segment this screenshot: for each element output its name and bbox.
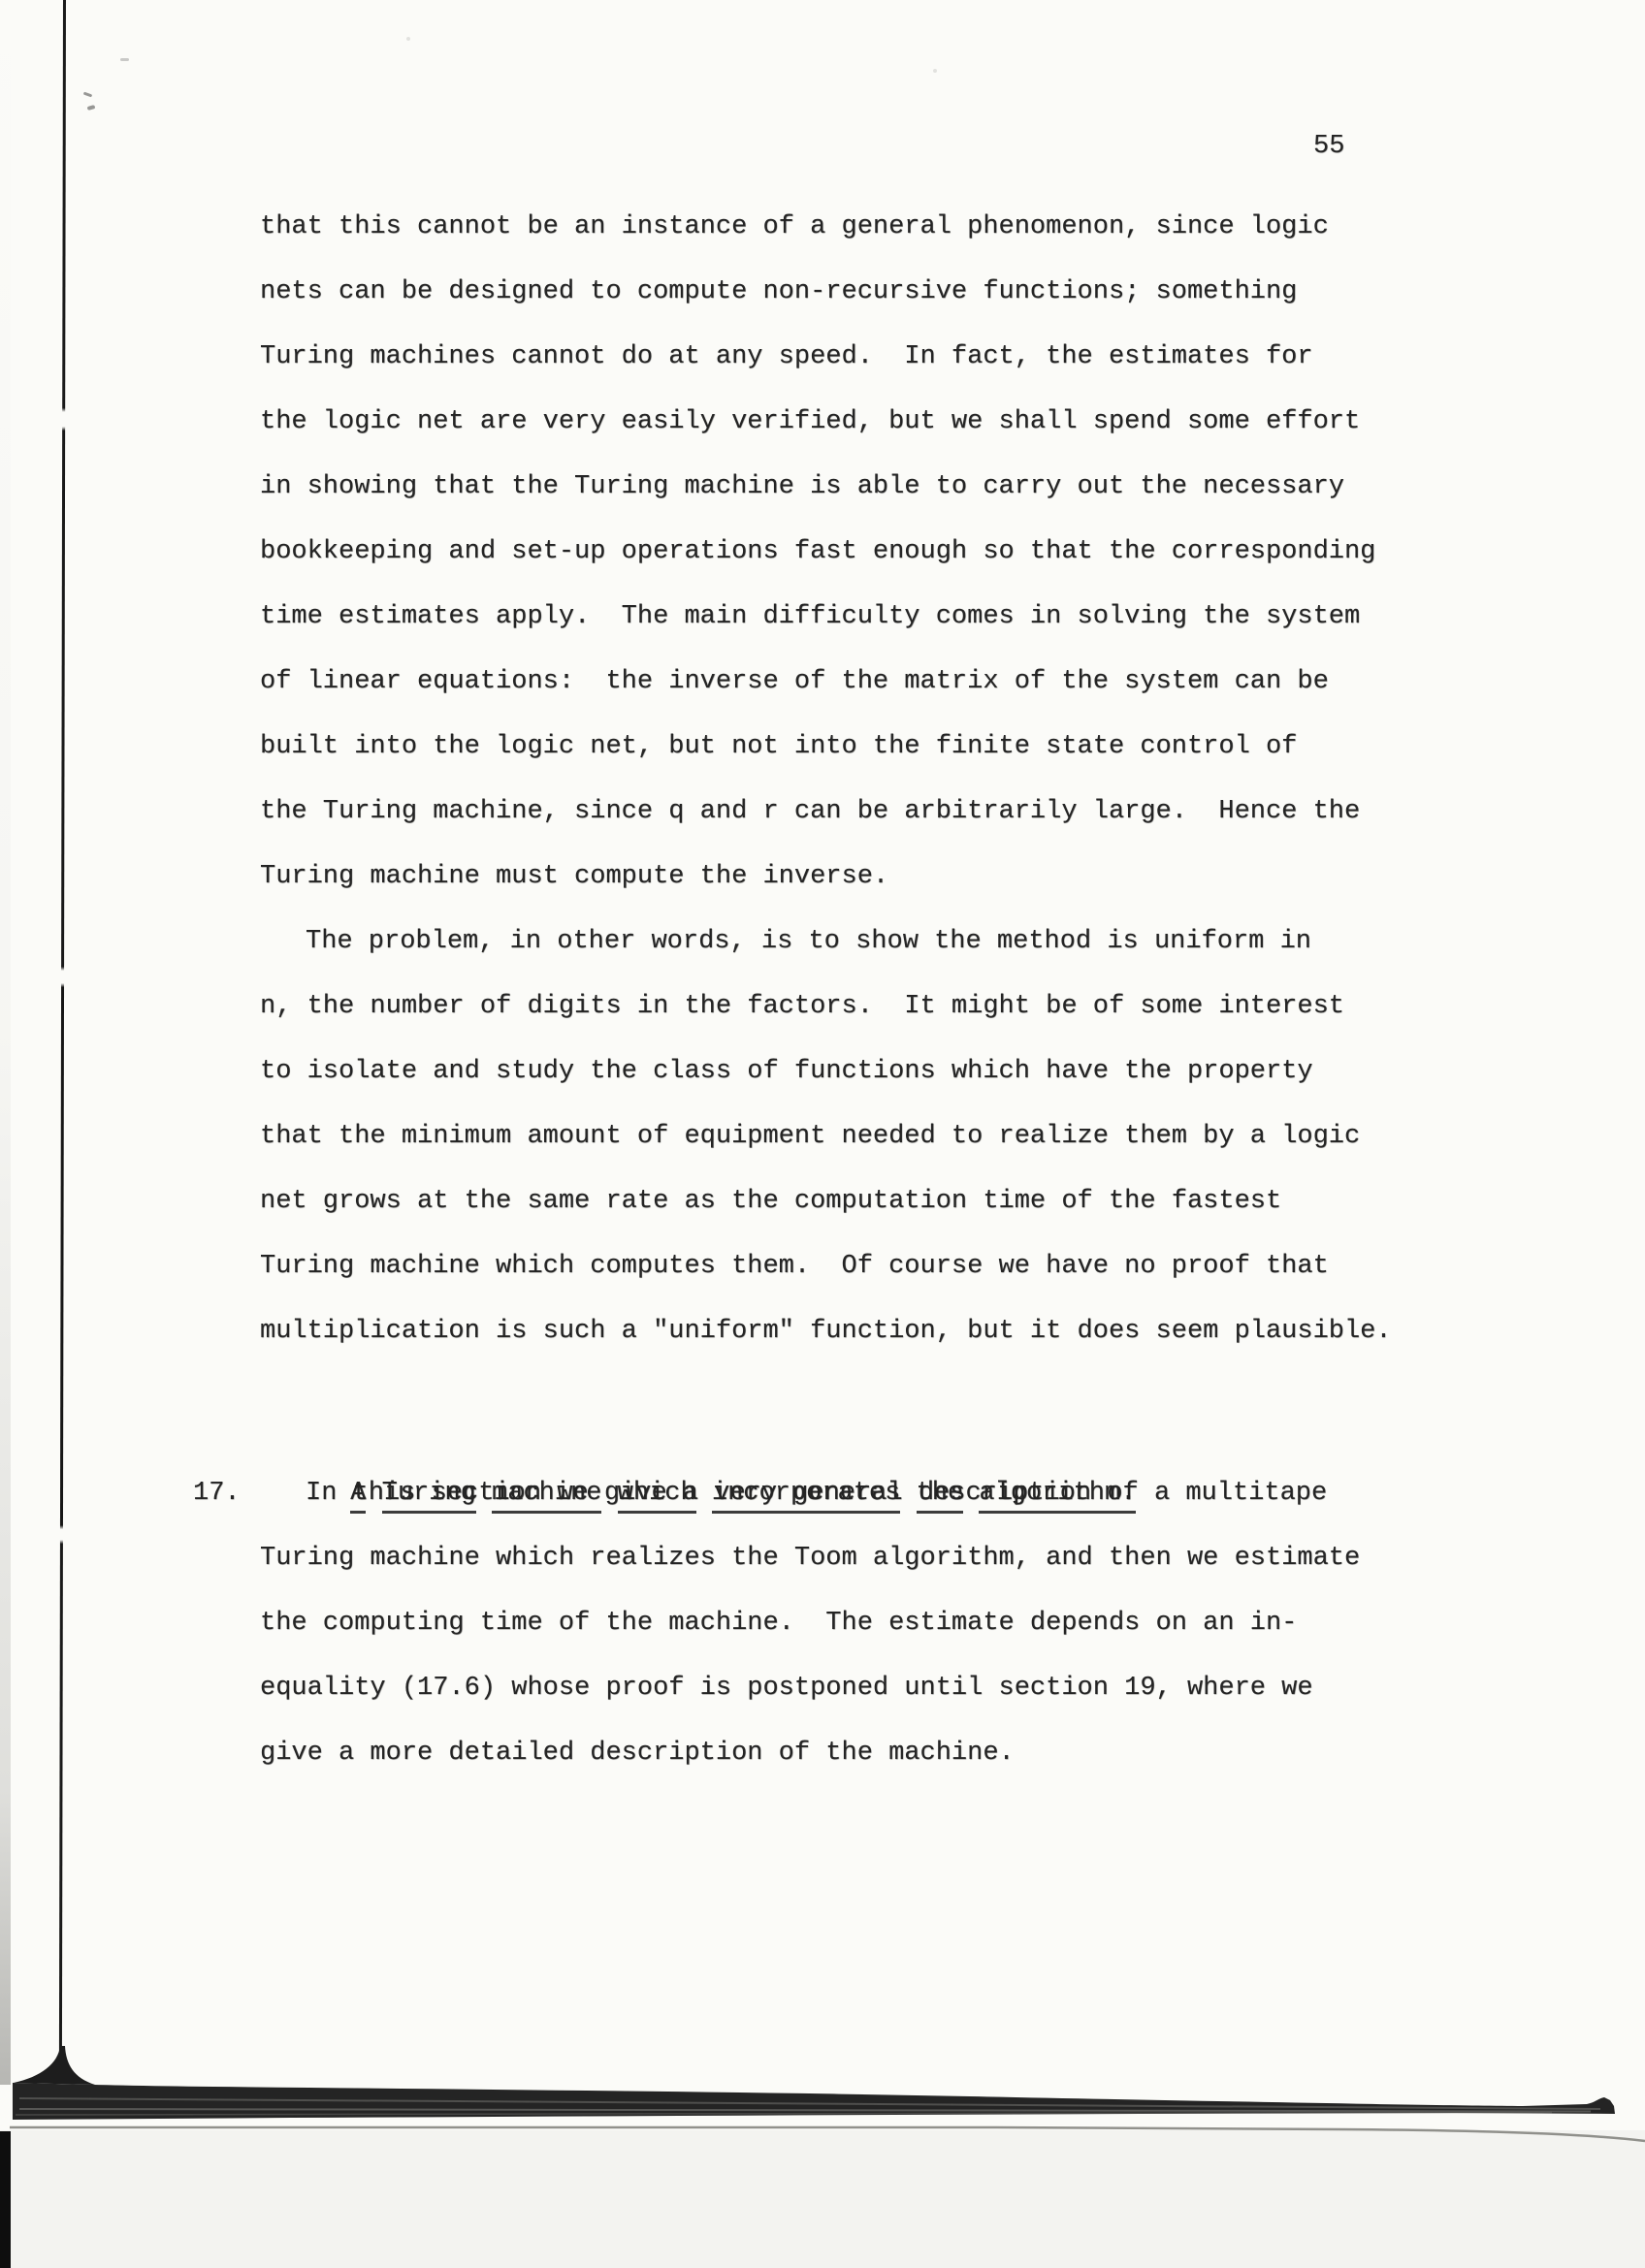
text-line: nets can be designed to compute non-recu…	[0, 260, 1645, 325]
section-title: A Turing machine which incorporates the …	[350, 1461, 1136, 1526]
section-heading-line: 17.A Turing machine which incorporates t…	[0, 1396, 1645, 1461]
scan-speck	[406, 37, 410, 41]
scan-bottom-edge	[0, 2017, 1645, 2268]
text-line: equality (17.6) whose proof is postponed…	[0, 1656, 1645, 1721]
text-line: that this cannot be an instance of a gen…	[0, 195, 1645, 260]
section-number: 17.	[193, 1461, 241, 1526]
text-line: Turing machine which realizes the Toom a…	[0, 1526, 1645, 1591]
text-line: time estimates apply. The main difficult…	[0, 585, 1645, 650]
text-line: bookkeeping and set-up operations fast e…	[0, 520, 1645, 585]
crease-funnel	[14, 2046, 95, 2085]
text-line: in showing that the Turing machine is ab…	[0, 455, 1645, 520]
text-line: The problem, in other words, is to show …	[0, 910, 1645, 974]
paragraph-2: The problem, in other words, is to show …	[0, 910, 1645, 1364]
text-line: to isolate and study the class of functi…	[0, 1039, 1645, 1104]
text-line: the logic net are very easily verified, …	[0, 390, 1645, 455]
text-line: multiplication is such a "uniform" funct…	[0, 1299, 1645, 1364]
text-line: Turing machine must compute the inverse.	[0, 845, 1645, 910]
text-line: built into the logic net, but not into t…	[0, 715, 1645, 780]
text-line: net grows at the same rate as the comput…	[0, 1169, 1645, 1234]
text-line: Turing machines cannot do at any speed. …	[0, 325, 1645, 390]
text-line: the computing time of the machine. The e…	[0, 1591, 1645, 1656]
scanner-bed-strip	[0, 2130, 1645, 2268]
underlined-word: which	[618, 1479, 696, 1514]
scan-speck	[83, 92, 92, 98]
underlined-word: incorporates	[712, 1479, 900, 1514]
text-line: the Turing machine, since q and r can be…	[0, 780, 1645, 845]
scan-speck	[933, 69, 937, 73]
underlined-word: A	[350, 1479, 366, 1514]
scan-speck	[87, 105, 96, 111]
underlined-word: the	[917, 1479, 964, 1514]
text-line: that the minimum amount of equipment nee…	[0, 1104, 1645, 1169]
text-line: Turing machine which computes them. Of c…	[0, 1234, 1645, 1299]
text-line: of linear equations: the inverse of the …	[0, 650, 1645, 715]
page-number: 55	[1313, 132, 1344, 162]
paragraph-1: that this cannot be an instance of a gen…	[0, 195, 1645, 910]
text-block: that this cannot be an instance of a gen…	[0, 195, 1645, 1786]
text-line: n, the number of digits in the factors. …	[0, 974, 1645, 1039]
underlined-word: Turing	[382, 1479, 476, 1514]
scanned-page: 55 that this cannot be an instance of a …	[0, 0, 1645, 2268]
scan-speck	[120, 58, 129, 61]
underlined-word: algorithm.	[979, 1479, 1136, 1514]
text-line: give a more detailed description of the …	[0, 1721, 1645, 1786]
underlined-word: machine	[492, 1479, 601, 1514]
scan-corner-bar	[0, 2131, 11, 2268]
